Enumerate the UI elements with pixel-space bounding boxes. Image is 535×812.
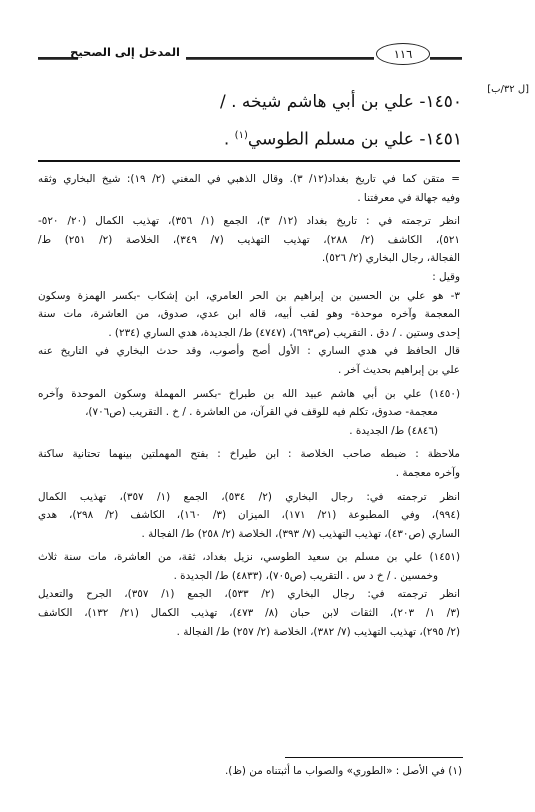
note-line: (١٤٥١) علي بن مسلم بن سعيد الطوسي، نزيل … — [38, 548, 460, 567]
note-line: ٥٢١)، الكاشف (٢/ ٢٨٨)، تهذيب التهذيب (٧/… — [38, 231, 460, 250]
annotations: = متقن كما في تاريخ بغداد(١٢/ ٣). وقال ا… — [38, 170, 460, 641]
note-line: (٣/ ١/ ٢٠٣)، الثقات لابن حبان (٨/ ٤٧٣)، … — [38, 604, 460, 623]
text-footnote-divider — [38, 160, 460, 162]
note-line: إحدى وستين . / دق . التقريب (ص٦٩٣)، (٤٧٤… — [38, 324, 460, 343]
note-line: الفجالة، رجال البخاري (٢/ ٥٢٦). — [38, 249, 460, 268]
note-line: علي بن إبراهيم بحديث آخر . — [38, 361, 460, 380]
entry-1451-text: ١٤٥١- علي بن مسلم الطوسي — [248, 130, 462, 150]
entry-1450: ١٤٥٠- علي بن أبي هاشم شيخه . / — [162, 86, 462, 119]
see-also-1451: انظر ترجمته في: رجال البخاري (٢/ ٥٣٣)، ا… — [38, 585, 460, 641]
note-line: وفيه جهالة في معرفتنا . — [38, 189, 460, 208]
qil-label: وقيل : — [38, 268, 460, 287]
remark-note: ملاحظة : ضبطه صاحب الخلاصة : ابن طيراخ :… — [38, 445, 460, 482]
item-3-note: ٣- هو علي بن الحسين بن إبراهيم بن الحر ا… — [38, 287, 460, 343]
note-line: ملاحظة : ضبطه صاحب الخلاصة : ابن طيراخ :… — [38, 445, 460, 464]
note-line: انظر ترجمته في: رجال البخاري (٢/ ٥٣٣)، ا… — [38, 585, 460, 604]
hafiz-note: قال الحافظ في هدي الساري : الأول أصح وأص… — [38, 342, 460, 379]
footnote-divider — [285, 757, 463, 758]
note-line: وآخره معجمة . — [38, 464, 460, 483]
manuscript-folio-note: [ل ٣٢/ب] — [487, 84, 529, 95]
note-line: انظر ترجمته في: رجال البخاري (٢/ ٥٣٤)، ا… — [38, 488, 460, 507]
see-also-1: انظر ترجمته في : تاريخ بغداد (١٢/ ٣)، ال… — [38, 212, 460, 268]
note-line: (٢/ ٢٩٥)، تهذيب التهذيب (٧/ ٣٨٢)، الخلاص… — [38, 623, 460, 642]
note-1451: (١٤٥١) علي بن مسلم بن سعيد الطوسي، نزيل … — [38, 548, 460, 585]
see-also-1450: انظر ترجمته في: رجال البخاري (٢/ ٥٣٤)، ا… — [38, 488, 460, 544]
continuation-note: = متقن كما في تاريخ بغداد(١٢/ ٣). وقال ا… — [38, 170, 460, 207]
page-number-badge: ١١٦ — [376, 43, 430, 65]
note-line: انظر ترجمته في : تاريخ بغداد (١٢/ ٣)، ال… — [38, 212, 460, 231]
note-line: = متقن كما في تاريخ بغداد(١٢/ ٣). وقال ا… — [38, 170, 460, 189]
entry-1451-tail: . — [224, 130, 235, 150]
header-rule-right — [430, 57, 462, 60]
note-line: وقيل : — [38, 268, 460, 287]
note-line: (١٤٥٠) علي بن أبي هاشم عبيد الله بن طبرا… — [38, 385, 460, 404]
running-header: المدخل إلى الصحيح ١١٦ — [38, 40, 460, 70]
note-line: (٩٩٤)، وفي المطبوعة (٢١/ ١٧١)، الميزان (… — [38, 506, 460, 525]
footnote-marker[interactable]: (١) — [235, 130, 248, 141]
note-line: (٤٨٤٦) ط/ الجديدة . — [38, 422, 460, 441]
note-1450: (١٤٥٠) علي بن أبي هاشم عبيد الله بن طبرا… — [38, 385, 460, 441]
main-entries: ١٤٥٠- علي بن أبي هاشم شيخه . / ١٤٥١- علي… — [162, 86, 462, 157]
note-line: الساري (ص٤٣٠)، تهذيب التهذيب (٧/ ٣٩٣)، ا… — [38, 525, 460, 544]
footnote-1: (١) في الأصل : «الطوري» والصواب ما أثبتن… — [225, 765, 462, 777]
note-line: معجمة- صدوق، تكلم فيه للوقف في القرآن، م… — [38, 403, 460, 422]
note-line: المعجمة وآخره موحدة- وهو لقب أبيه، قاله … — [38, 305, 460, 324]
book-title: المدخل إلى الصحيح — [88, 45, 180, 59]
header-rule-middle — [186, 57, 374, 60]
document-page: المدخل إلى الصحيح ١١٦ [ل ٣٢/ب] ١٤٥٠- علي… — [0, 0, 535, 812]
note-line: ٣- هو علي بن الحسين بن إبراهيم بن الحر ا… — [38, 287, 460, 306]
entry-1451: ١٤٥١- علي بن مسلم الطوسي(١) . — [162, 119, 462, 157]
note-line: قال الحافظ في هدي الساري : الأول أصح وأص… — [38, 342, 460, 361]
note-line: وخمسين . / خ د س . التقريب (ص٧٠٥)، (٤٨٣٣… — [38, 567, 460, 586]
